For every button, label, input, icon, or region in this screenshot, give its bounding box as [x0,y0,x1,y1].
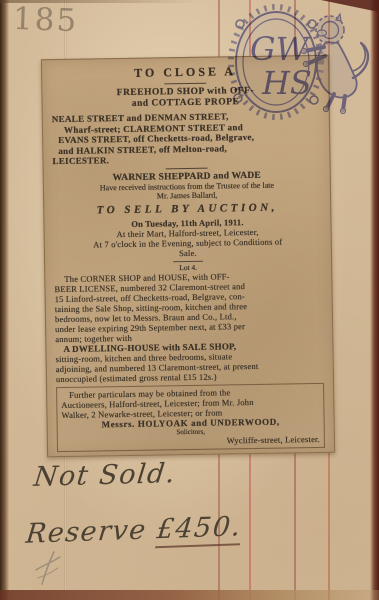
frame-rosette [234,94,242,102]
pencil-flourish-mark [32,548,66,588]
sale-by-auction-line: TO SELL BY AUCTION, [53,200,321,217]
binding-edge-right [370,0,379,600]
page-edge-bottom [0,590,379,600]
reserve-amount: £450. [155,511,243,548]
binding-edge-left [0,0,9,600]
particulars-box: Further particulars may be obtained from… [56,382,325,451]
historical-society-watermark: GW HS [224,0,378,122]
handwritten-reserve: Reserve £450. [24,511,243,550]
monogram-hs: HS [261,64,312,102]
binding-corner-top-right [321,0,379,12]
page-number: 185 [12,1,78,39]
page-edge-top [0,0,200,3]
reserve-label: Reserve [24,514,158,550]
scrapbook-page: { "page": { "number": "185", "notes": { … [0,0,379,600]
divider-rule [164,83,206,85]
divider-rule [166,167,208,169]
handwritten-not-sold: Not Sold. [32,458,178,493]
